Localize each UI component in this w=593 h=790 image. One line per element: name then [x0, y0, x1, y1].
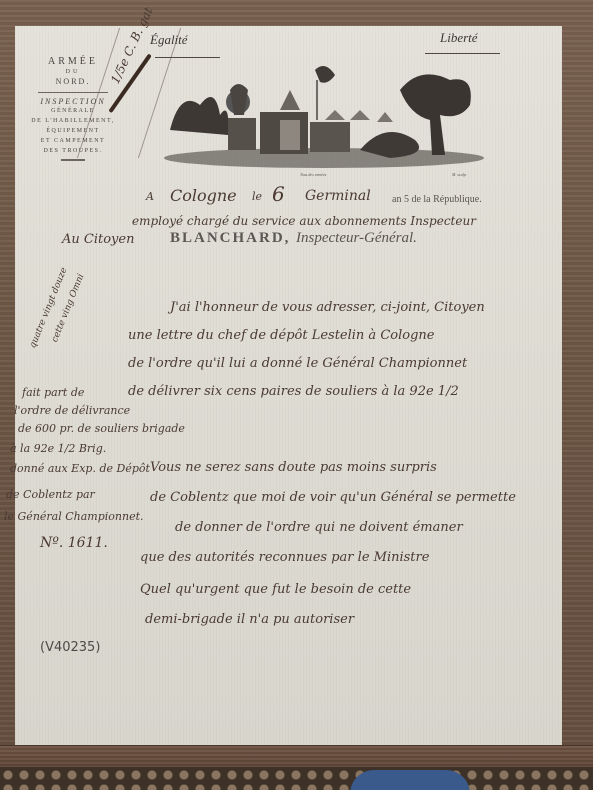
margin-note-left-4: l'ordre de délivrance — [14, 404, 130, 417]
body-line-8: que des autorités reconnues par le Minis… — [140, 550, 429, 565]
reference-number: Nº. 1611. — [40, 535, 108, 551]
engraved-vignette-camp-scene — [160, 60, 488, 170]
margin-note-left-9: le Général Championnet. — [4, 510, 144, 523]
dateline-place: Cologne — [170, 186, 237, 205]
body-line-10: demi-brigade il n'a pu autoriser — [145, 612, 354, 627]
letterhead-generale: GÉNÉRALE — [18, 106, 128, 116]
letterhead-campement: ET CAMPEMENT — [18, 136, 128, 146]
dateline-year: an 5 de la République. — [392, 194, 482, 205]
engraving-caption: Tous des armées — [300, 172, 326, 177]
body-line-4: de délivrer six cens paires de souliers … — [128, 384, 459, 399]
recipient-title: Inspecteur-Général. — [296, 230, 417, 247]
archive-stamp: (V40235) — [40, 640, 100, 655]
table-edge — [0, 745, 593, 768]
woven-rug — [0, 767, 593, 790]
denim-fabric — [350, 770, 470, 790]
letterhead-divider — [38, 92, 108, 93]
letterhead-inspection: INSPECTION — [18, 97, 128, 106]
addressee-line: employé chargé du service aux abonnement… — [132, 214, 476, 228]
body-line-9: Quel qu'urgent que fut le besoin de cett… — [140, 582, 411, 597]
body-line-6: de Coblentz que moi de voir qu'un Généra… — [150, 490, 516, 505]
motto-egalite-rule — [155, 57, 220, 58]
salutation-prefix: Au Citoyen — [62, 232, 134, 247]
body-line-2: une lettre du chef de dépôt Lestelin à C… — [128, 328, 434, 343]
dateline-day: 6 — [272, 182, 285, 206]
margin-note-left-8: de Coblentz par — [6, 488, 95, 501]
letterhead-equipement: ÉQUIPEMENT — [18, 126, 128, 136]
letterhead-armee: ARMÉE — [18, 56, 128, 67]
dateline-prefix: A — [146, 190, 154, 203]
body-line-1: J'ai l'honneur de vous adresser, ci-join… — [170, 300, 485, 315]
motto-liberte-rule — [425, 53, 500, 54]
dateline-day-prefix: le — [252, 190, 262, 203]
body-line-5: Vous ne serez sans doute pas moins surpr… — [150, 460, 437, 475]
margin-note-left-7: donné aux Exp. de Dépôt — [10, 462, 150, 475]
margin-note-left-3: fait part de — [22, 386, 84, 399]
recipient-name: BLANCHARD, — [170, 230, 290, 247]
letterhead-left-block: ARMÉE DU NORD. INSPECTION GÉNÉRALE DE L'… — [18, 56, 128, 161]
dateline-month: Germinal — [305, 188, 371, 204]
margin-note-left-5: de 600 pr. de souliers brigade — [18, 422, 185, 435]
body-line-3: de l'ordre qu'il lui a donné le Général … — [128, 356, 467, 371]
margin-note-left-6: à la 92e 1/2 Brig. — [10, 442, 106, 455]
letterhead-habillement: DE L'HABILLEMENT, — [18, 116, 128, 126]
motto-liberte: Liberté — [440, 30, 478, 46]
letterhead-nord: NORD. — [18, 77, 128, 86]
letterhead-du: DU — [18, 69, 128, 75]
body-line-7: de donner de l'ordre qui ne doivent éman… — [175, 520, 463, 535]
letterhead-short-divider — [61, 159, 85, 161]
motto-egalite: Égalité — [150, 32, 188, 48]
letterhead-troupes: DES TROUPES. — [18, 146, 128, 156]
engraving-signature: M. sculp. — [452, 172, 467, 177]
